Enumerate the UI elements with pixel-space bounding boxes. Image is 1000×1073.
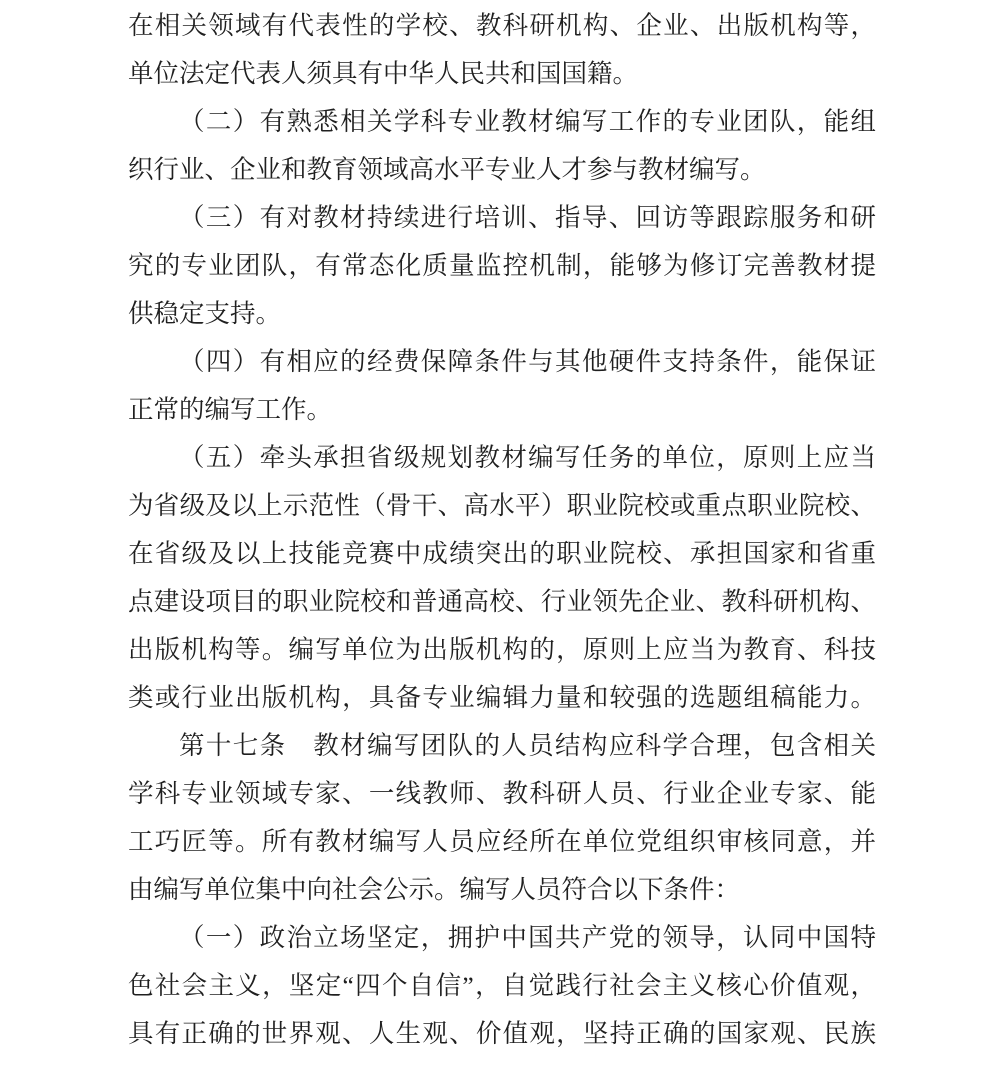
text-line: 在省级及以上技能竞赛中成绩突出的职业院校、承担国家和省重	[128, 530, 876, 578]
text-line: 第十七条 教材编写团队的人员结构应科学合理，包含相关	[128, 722, 876, 770]
text-line: 究的专业团队，有常态化质量监控机制，能够为修订完善教材提	[128, 242, 876, 290]
text-line: 在相关领域有代表性的学校、教科研机构、企业、出版机构等，	[128, 2, 876, 50]
text-line: （三）有对教材持续进行培训、指导、回访等跟踪服务和研	[128, 194, 876, 242]
text-line: 学科专业领域专家、一线教师、教科研人员、行业企业专家、能	[128, 770, 876, 818]
text-line: （五）牵头承担省级规划教材编写任务的单位，原则上应当	[128, 434, 876, 482]
text-line: 色社会主义，坚定“四个自信”，自觉践行社会主义核心价值观，	[128, 962, 876, 1010]
text-line: 工巧匠等。所有教材编写人员应经所在单位党组织审核同意，并	[128, 818, 876, 866]
text-line: 由编写单位集中向社会公示。编写人员符合以下条件：	[128, 866, 876, 914]
text-line: （四）有相应的经费保障条件与其他硬件支持条件，能保证	[128, 338, 876, 386]
text-line: （二）有熟悉相关学科专业教材编写工作的专业团队，能组	[128, 98, 876, 146]
text-line: 出版机构等。编写单位为出版机构的，原则上应当为教育、科技	[128, 626, 876, 674]
text-line: 单位法定代表人须具有中华人民共和国国籍。	[128, 50, 876, 98]
text-line: （一）政治立场坚定，拥护中国共产党的领导，认同中国特	[128, 914, 876, 962]
text-line: 为省级及以上示范性（骨干、高水平）职业院校或重点职业院校、	[128, 482, 876, 530]
text-line: 具有正确的世界观、人生观、价值观，坚持正确的国家观、民族	[128, 1010, 876, 1058]
text-line: 织行业、企业和教育领域高水平专业人才参与教材编写。	[128, 146, 876, 194]
text-line: 点建设项目的职业院校和普通高校、行业领先企业、教科研机构、	[128, 578, 876, 626]
document-page: 在相关领域有代表性的学校、教科研机构、企业、出版机构等， 单位法定代表人须具有中…	[128, 2, 876, 1058]
text-line: 正常的编写工作。	[128, 386, 876, 434]
text-line: 供稳定支持。	[128, 290, 876, 338]
text-line: 类或行业出版机构，具备专业编辑力量和较强的选题组稿能力。	[128, 674, 876, 722]
